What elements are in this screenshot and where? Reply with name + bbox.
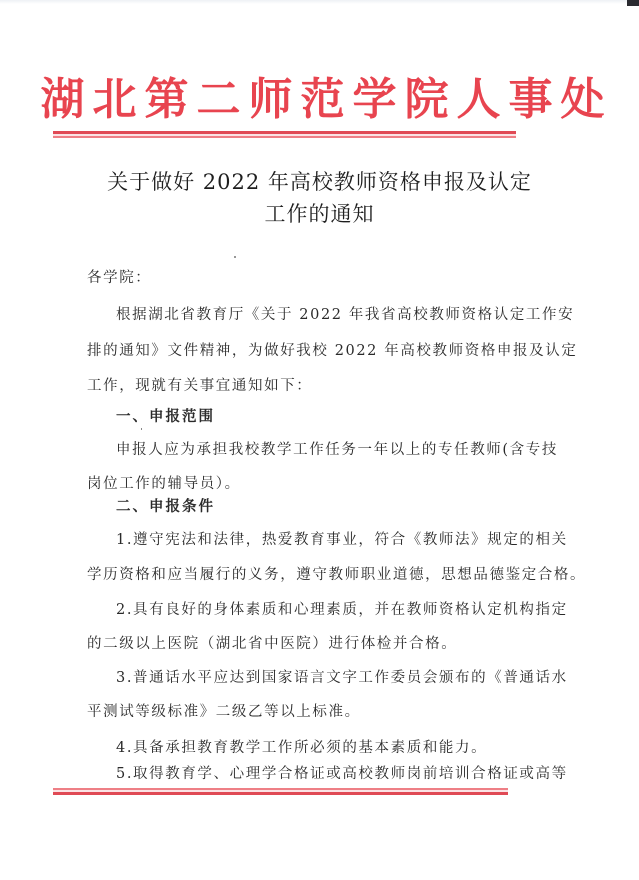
condition-3-line-1: 3.普通话水平应达到国家语言文字工作委员会颁布的《普通话水 [116,666,546,687]
title-line-1: 关于做好 2022 年高校教师资格申报及认定 [107,170,532,194]
condition-2-line-1: 2.具有良好的身体素质和心理素质，并在教师资格认定机构指定 [116,598,546,619]
scan-speck [141,428,142,430]
scan-corner-mark [627,0,639,6]
condition-5-line-1: 5.取得教育学、心理学合格证或高校教师岗前培训合格证或高等 [116,762,546,783]
intro-line-1: 根据湖北省教育厅《关于 2022 年我省高校教师资格认定工作安 [116,303,546,324]
salutation: 各学院： [87,266,517,287]
letterhead-divider-top [53,131,516,138]
letterhead-org-name: 湖北第二师范学院人事处 [0,72,639,128]
scan-speck [234,256,236,258]
scan-edge [0,0,639,4]
condition-3-line-2: 平测试等级标准》二级乙等以上标准。 [87,700,517,721]
document-page: 湖北第二师范学院人事处 关于做好 2022 年高校教师资格申报及认定 工作的通知… [0,0,639,880]
document-title: 关于做好 2022 年高校教师资格申报及认定 工作的通知 [0,166,639,230]
section-1-line-1: 申报人应为承担我校教学工作任务一年以上的专任教师(含专技 [116,438,546,459]
section-2-heading: 二、申报条件 [116,495,546,516]
intro-line-2: 排的通知》文件精神，为做好我校 2022 年高校教师资格申报及认定 [87,339,517,360]
condition-1-line-2: 学历资格和应当履行的义务，遵守教师职业道德，思想品德鉴定合格。 [87,563,517,584]
title-line-2: 工作的通知 [0,198,639,230]
condition-4-line-1: 4.具备承担教育教学工作所必须的基本素质和能力。 [116,736,546,757]
condition-2-line-2: 的二级以上医院（湖北省中医院）进行体检并合格。 [87,632,517,653]
condition-1-line-1: 1.遵守宪法和法律，热爱教育事业，符合《教师法》规定的相关 [116,528,546,549]
section-1-line-2: 岗位工作的辅导员）。 [87,472,517,493]
section-1-heading: 一、申报范围 [116,405,546,426]
footer-divider [53,788,508,795]
intro-line-3: 工作，现就有关事宜通知如下： [87,374,517,395]
